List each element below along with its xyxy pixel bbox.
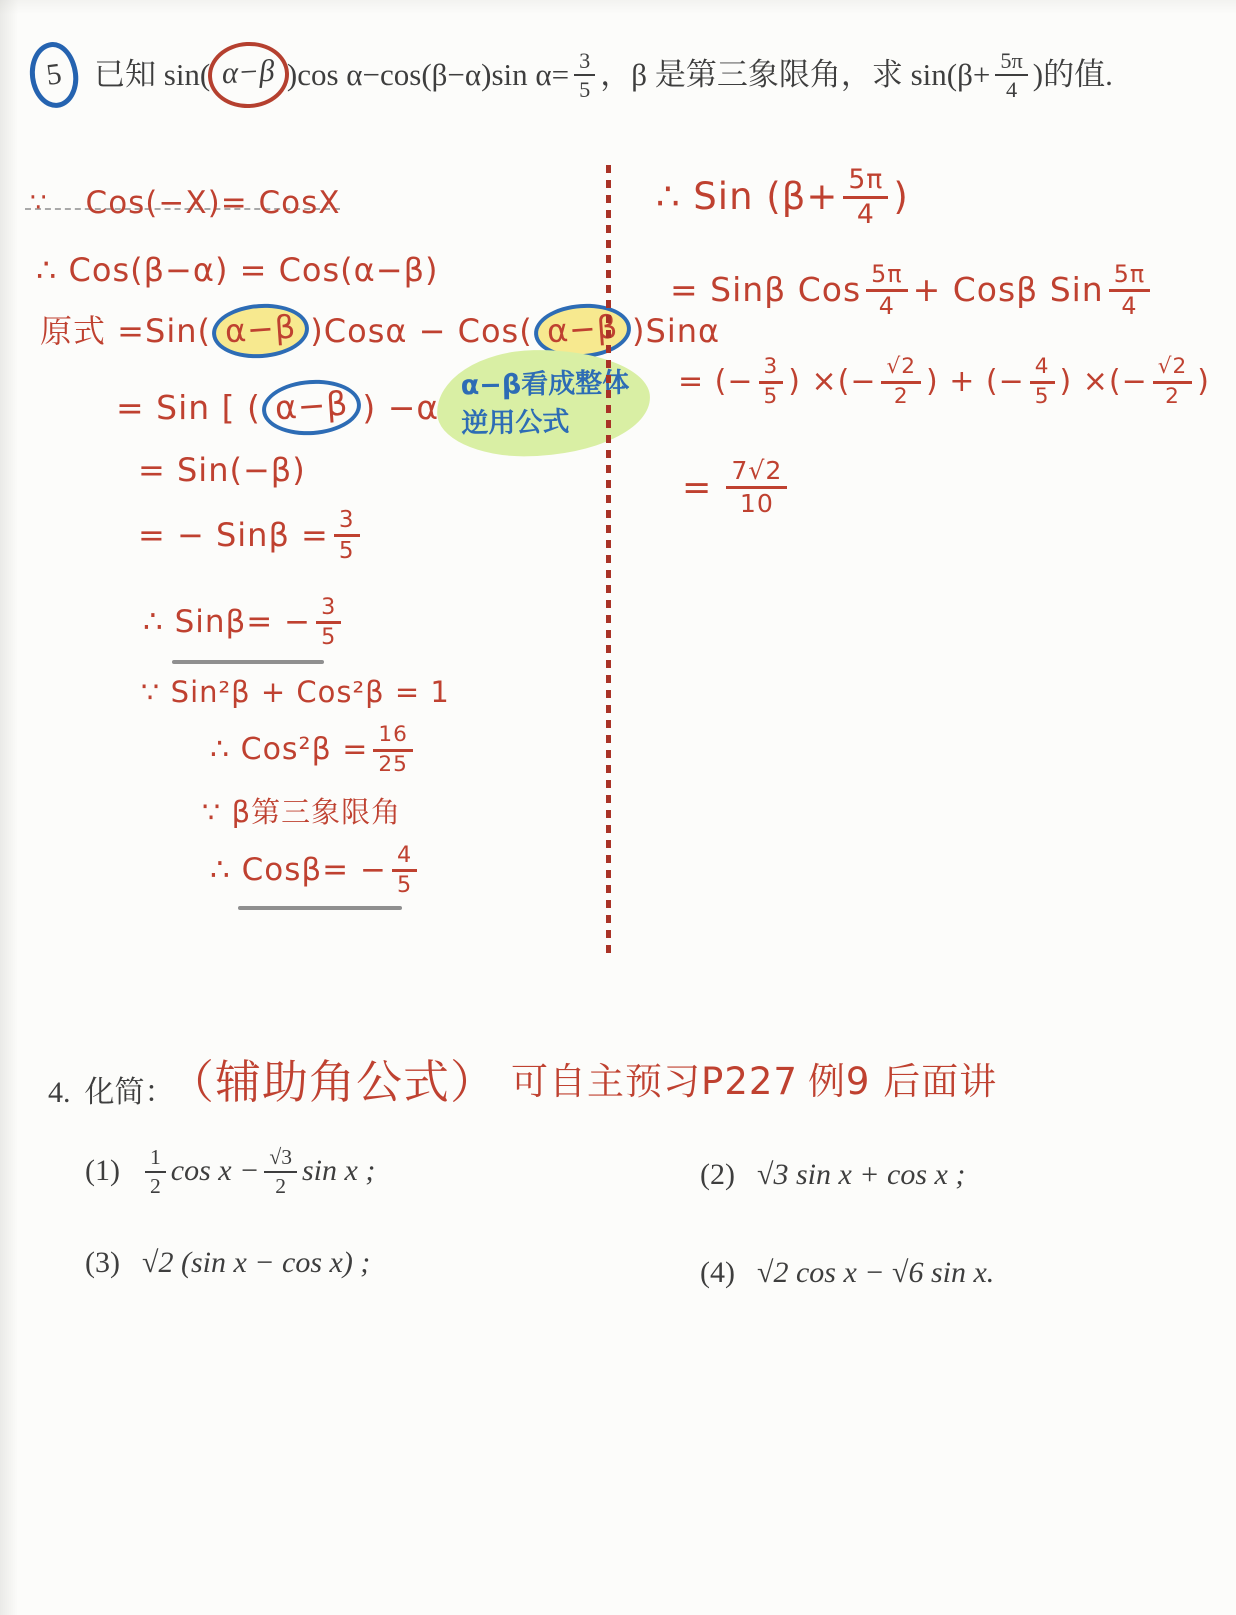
fraction-numerator: 4 bbox=[1030, 356, 1055, 384]
work-line-cos-even: ∵ Cos(−X)= CosX bbox=[30, 186, 341, 222]
work-text: ∴ Cosβ= − bbox=[210, 853, 387, 889]
fraction-numerator: √2 bbox=[881, 356, 921, 384]
work-text: ∴ Cos(β−α) = Cos(α−β) bbox=[36, 252, 438, 289]
subproblem-1: (1) 1 2 cos x − √3 2 sin x ; bbox=[85, 1146, 375, 1197]
work-text: ) bbox=[1197, 365, 1210, 400]
fraction-root2-over-2: √2 2 bbox=[1153, 356, 1193, 408]
work-line-final-answer: = 7√2 10 bbox=[682, 458, 792, 518]
fraction-denominator: 2 bbox=[145, 1173, 166, 1198]
fraction-numerator: 5π bbox=[1109, 262, 1150, 292]
fraction-denominator: 2 bbox=[270, 1173, 291, 1198]
fraction-four-fifths: 4 5 bbox=[392, 844, 417, 898]
subproblem-4: (4) √2 cos x − √6 sin x. bbox=[700, 1256, 994, 1291]
fraction-one-half: 1 2 bbox=[145, 1146, 166, 1197]
green-note-bubble: α−β看成整体 逆用公式 bbox=[436, 348, 650, 457]
red-dashed-divider bbox=[606, 165, 611, 960]
work-text: 原式 = bbox=[40, 313, 145, 350]
fraction-numerator: 16 bbox=[373, 724, 412, 752]
fraction-root2-over-2: √2 2 bbox=[881, 356, 921, 408]
fraction-numerator: 7√2 bbox=[726, 458, 787, 489]
circled-alpha-beta: α−β bbox=[221, 53, 275, 91]
problem-5-statement: 5 已知 sin( α−β )cos α−cos(β−α)sin α= 3 5 … bbox=[30, 42, 1113, 108]
fraction-denominator: 5 bbox=[759, 384, 784, 409]
formula-text: √3 sin x + cos x ; bbox=[757, 1158, 965, 1193]
subproblem-label: (4) bbox=[700, 1256, 735, 1291]
subproblem-2: (2) √3 sin x + cos x ; bbox=[700, 1158, 965, 1193]
fraction-numerator: 5π bbox=[995, 49, 1027, 76]
fraction-denominator: 2 bbox=[889, 384, 914, 409]
statement-text-4: )的值. bbox=[1033, 57, 1113, 93]
fraction-five-pi-fourths: 5π 4 bbox=[866, 262, 907, 319]
fraction-three-fifths: 3 5 bbox=[574, 49, 595, 102]
fraction-five-pi-fourths: 5π 4 bbox=[843, 166, 888, 229]
work-text: ) ×(− bbox=[1060, 365, 1148, 400]
annotation-example-text: 例9 后面讲 bbox=[808, 1061, 997, 1104]
alpha-beta-red-circle: α−β bbox=[207, 40, 291, 110]
underline bbox=[238, 906, 402, 910]
work-text: ∴ Sinβ= − bbox=[143, 605, 311, 641]
work-text: = bbox=[682, 468, 712, 508]
formula-text: cos x − bbox=[171, 1154, 260, 1189]
work-text: = Sinβ Cos bbox=[670, 271, 861, 309]
worksheet-page: 5 已知 sin( α−β )cos α−cos(β−α)sin α= 3 5 … bbox=[0, 0, 1236, 1615]
fraction-denominator: 5 bbox=[334, 537, 360, 563]
work-line-third-quadrant: ∵ β第三象限角 bbox=[202, 796, 401, 829]
fraction-denominator: 4 bbox=[874, 292, 900, 319]
fraction-four-fifths: 4 5 bbox=[1030, 356, 1055, 408]
work-text: ) bbox=[893, 176, 908, 219]
fraction-denominator: 25 bbox=[373, 752, 412, 777]
work-text: ∴ Cos²β = bbox=[210, 733, 368, 768]
statement-text-2: )cos α−cos(β−α)sin α= bbox=[287, 57, 569, 93]
subproblem-label: (1) bbox=[85, 1154, 120, 1189]
fraction-numerator: 3 bbox=[334, 508, 360, 537]
problem-number: 5 bbox=[44, 57, 63, 93]
problem-number-blue-circle: 5 bbox=[26, 39, 82, 110]
fraction-denominator: 4 bbox=[852, 199, 880, 229]
fraction-denominator: 2 bbox=[1160, 384, 1185, 409]
work-line-cos-beta-result: ∴ Cosβ= − 4 5 bbox=[210, 844, 422, 898]
fraction-numerator: √3 bbox=[264, 1146, 297, 1173]
work-line-numeric-substitution: = (− 3 5 ) ×(− √2 2 ) + (− 4 5 ) ×(− √2 … bbox=[678, 356, 1210, 408]
work-line-neg-sin-beta: = − Sinβ = 3 5 bbox=[138, 508, 365, 563]
fraction-numerator: 5π bbox=[866, 262, 907, 292]
work-text: + Cosβ Sin bbox=[913, 271, 1104, 309]
statement-text-3: ，β 是第三象限角，求 sin(β+ bbox=[600, 57, 990, 93]
statement-text-1: 已知 sin( bbox=[94, 57, 210, 93]
work-line-cos-squared: ∴ Cos²β = 16 25 bbox=[210, 724, 418, 776]
fraction-denominator: 5 bbox=[1030, 384, 1055, 409]
fraction-numerator: 4 bbox=[392, 844, 417, 872]
work-line-sin-beta-result: ∴ Sinβ= − 3 5 bbox=[143, 596, 346, 650]
work-text: ) + (− bbox=[926, 365, 1025, 400]
note-text-line2: 逆用公式 bbox=[461, 402, 630, 443]
work-line-pythagorean-identity: ∵ Sin²β + Cos²β = 1 bbox=[141, 676, 450, 709]
annotation-auxiliary-angle: （辅助角公式） bbox=[168, 1056, 497, 1109]
work-text: ∵ Sin²β + Cos²β = 1 bbox=[141, 676, 450, 709]
work-text: Sin( bbox=[145, 313, 211, 350]
fraction-denominator: 5 bbox=[316, 624, 341, 649]
work-text: = − Sinβ = bbox=[138, 517, 329, 554]
problem-4-number: 4. bbox=[48, 1076, 71, 1111]
circled-alpha-beta: α−β bbox=[274, 384, 350, 427]
alpha-beta-highlight-circle: α−β bbox=[210, 301, 311, 361]
work-text: ) ×(− bbox=[788, 365, 876, 400]
fraction-numerator: 3 bbox=[759, 356, 784, 384]
fraction-numerator: 3 bbox=[574, 49, 595, 76]
fraction-denominator: 5 bbox=[574, 76, 595, 101]
because-symbol: ∵ bbox=[30, 189, 48, 219]
annotation-page-number: 227 bbox=[724, 1061, 798, 1104]
alpha-beta-blue-circle: α−β bbox=[260, 377, 363, 439]
fraction-numerator: 3 bbox=[316, 596, 341, 624]
work-line-target-expression: ∴ Sin (β+ 5π 4 ) bbox=[656, 166, 909, 229]
fraction-numerator: 5π bbox=[843, 166, 888, 199]
annotation-preview-text: 可自主预习P bbox=[511, 1061, 724, 1104]
note-text-line1: α−β看成整体 bbox=[460, 365, 629, 406]
work-text: = (− bbox=[678, 365, 754, 400]
fraction-three-fifths: 3 5 bbox=[316, 596, 341, 650]
work-line-original-expression: 原式 = Sin( α−β )Cosα − Cos( α−β )Sinα bbox=[40, 304, 720, 358]
work-text: ∵ β第三象限角 bbox=[202, 796, 401, 829]
work-text: = Sin(−β) bbox=[138, 452, 306, 489]
fraction-numerator: √2 bbox=[1153, 356, 1193, 384]
fraction-three-fifths: 3 5 bbox=[334, 508, 360, 563]
formula-text: sin x ; bbox=[302, 1154, 375, 1189]
fraction-seven-root2-tenths: 7√2 10 bbox=[726, 458, 787, 518]
work-line-cos-swap: ∴ Cos(β−α) = Cos(α−β) bbox=[36, 252, 438, 289]
work-line-sin-neg-beta: = Sin(−β) bbox=[138, 452, 306, 489]
fraction-numerator: 1 bbox=[145, 1146, 166, 1173]
fraction-three-fifths: 3 5 bbox=[759, 356, 784, 408]
work-text: Cos(−X)= CosX bbox=[86, 186, 341, 222]
fraction-root3-over-2: √3 2 bbox=[264, 1146, 297, 1197]
fraction-five-pi-fourths: 5π 4 bbox=[995, 49, 1027, 102]
subproblem-label: (3) bbox=[85, 1246, 120, 1281]
subproblem-label: (2) bbox=[700, 1158, 735, 1193]
problem-4-handwritten-annotation: （辅助角公式） 可自主预习P 227 例9 后面讲 bbox=[168, 1056, 997, 1109]
problem-4-header: 4. 化简： bbox=[48, 1076, 175, 1111]
fraction-denominator: 5 bbox=[392, 872, 417, 897]
fraction-five-pi-fourths: 5π 4 bbox=[1109, 262, 1150, 319]
fraction-denominator: 4 bbox=[1001, 76, 1022, 101]
formula-text: √2 (sin x − cos x) ; bbox=[142, 1246, 370, 1281]
fraction-sixteen-twentyfifths: 16 25 bbox=[373, 724, 412, 776]
formula-text: √2 cos x − √6 sin x. bbox=[757, 1256, 994, 1291]
subproblem-3: (3) √2 (sin x − cos x) ; bbox=[85, 1246, 370, 1281]
work-line-sin-bracket: = Sin [ ( α−β ) −α ] bbox=[116, 380, 465, 435]
fraction-denominator: 4 bbox=[1116, 292, 1142, 319]
work-text: ∴ Sin (β+ bbox=[656, 176, 838, 219]
work-text: )Cosα − Cos( bbox=[310, 313, 532, 350]
highlighted-alpha-beta: α−β bbox=[224, 309, 298, 351]
work-text: = Sin [ ( bbox=[116, 389, 261, 427]
problem-4-title: 化简： bbox=[85, 1076, 175, 1111]
fraction-denominator: 10 bbox=[735, 489, 779, 517]
work-line-angle-sum-expansion: = Sinβ Cos 5π 4 + Cosβ Sin 5π 4 bbox=[670, 262, 1155, 319]
underline bbox=[172, 660, 324, 664]
